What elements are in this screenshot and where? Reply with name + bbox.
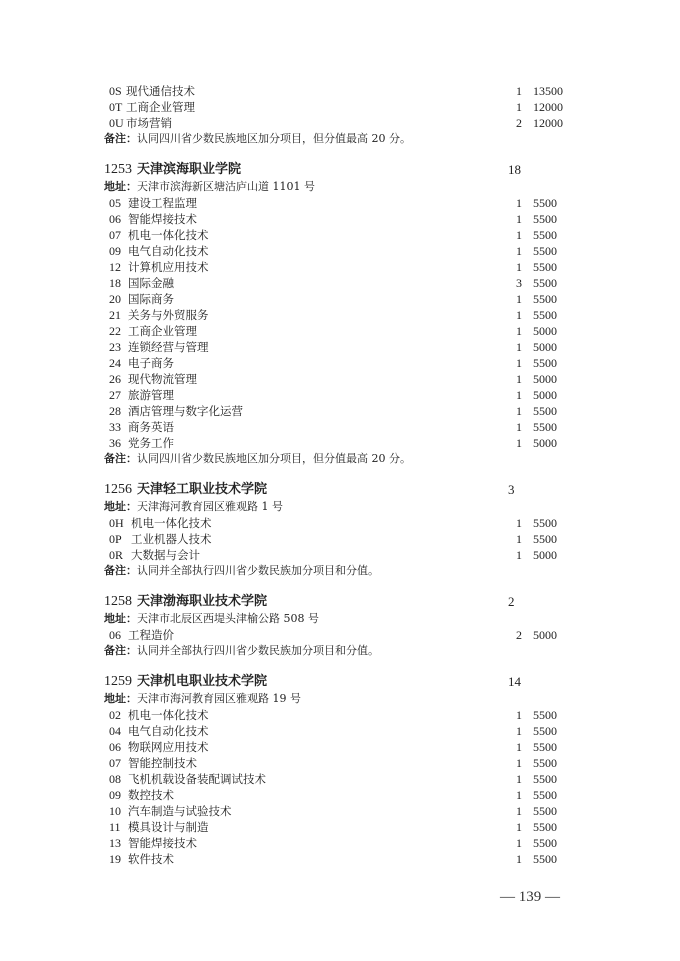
note: 备注：认同并全部执行四川省少数民族加分项目和分值。 [104, 643, 379, 659]
major-fee: 5000 [533, 547, 557, 563]
major-count: 1 [508, 387, 522, 403]
major-count: 1 [508, 515, 522, 531]
address-row: 地址：天津市滨海新区塘沽庐山道 1101 号 [0, 179, 680, 195]
major-name: 飞机机载设备装配调试技术 [128, 771, 266, 787]
major-row: 18国际金融35500 [0, 275, 680, 291]
address: 地址：天津市北辰区西堤头津榆公路 508 号 [104, 611, 319, 627]
school-name: 天津机电职业技术学院 [137, 672, 267, 692]
major-code: 28 [109, 403, 121, 419]
school-header: 1258 天津渤海职业技术学院 2 [0, 592, 680, 612]
note-text: 认同四川省少数民族地区加分项目，但分值最高 20 分。 [137, 452, 411, 465]
note-label: 备注： [104, 452, 137, 465]
major-fee: 5500 [533, 195, 557, 211]
address-text: 天津市滨海新区塘沽庐山道 1101 号 [137, 180, 315, 193]
major-fee: 5500 [533, 755, 557, 771]
major-fee: 5500 [533, 291, 557, 307]
major-row: 26现代物流管理15000 [0, 371, 680, 387]
major-name: 物联网应用技术 [128, 739, 209, 755]
major-count: 1 [508, 291, 522, 307]
address-row: 地址：天津海河教育园区雅观路 1 号 [0, 499, 680, 515]
major-count: 1 [508, 83, 522, 99]
major-fee: 5500 [533, 707, 557, 723]
major-code: 0U [109, 115, 124, 131]
major-code: 36 [109, 435, 121, 451]
note: 备注：认同四川省少数民族地区加分项目，但分值最高 20 分。 [104, 451, 411, 467]
major-name: 汽车制造与试验技术 [128, 803, 232, 819]
major-count: 1 [508, 371, 522, 387]
major-row: 24电子商务15500 [0, 355, 680, 371]
school-header: 1253 天津滨海职业学院 18 [0, 160, 680, 180]
major-name: 关务与外贸服务 [128, 307, 209, 323]
major-fee: 5500 [533, 227, 557, 243]
page-number: — 139 — [500, 889, 560, 906]
note-row: 备注：认同并全部执行四川省少数民族加分项目和分值。 [0, 643, 680, 659]
school-total: 14 [508, 672, 521, 692]
major-name: 机电一体化技术 [128, 227, 209, 243]
major-fee: 5500 [533, 515, 557, 531]
note: 备注：认同四川省少数民族地区加分项目，但分值最高 20 分。 [104, 131, 411, 147]
address-row: 地址：天津市北辰区西堤头津榆公路 508 号 [0, 611, 680, 627]
major-row: 08飞机机载设备装配调试技术15500 [0, 771, 680, 787]
major-row: 22工商企业管理15000 [0, 323, 680, 339]
major-fee: 5500 [533, 819, 557, 835]
major-code: 10 [109, 803, 121, 819]
major-count: 1 [508, 227, 522, 243]
major-code: 23 [109, 339, 121, 355]
major-name: 国际商务 [128, 291, 174, 307]
major-code: 04 [109, 723, 121, 739]
major-row: 13智能焊接技术15500 [0, 835, 680, 851]
note-label: 备注： [104, 644, 137, 657]
major-row: 06物联网应用技术15500 [0, 739, 680, 755]
major-row: 11模具设计与制造15500 [0, 819, 680, 835]
major-row: 09数控技术15500 [0, 787, 680, 803]
major-code: 11 [109, 819, 121, 835]
major-fee: 5500 [533, 835, 557, 851]
major-fee: 5000 [533, 339, 557, 355]
major-count: 1 [508, 99, 522, 115]
major-row: 0P工业机器人技术15500 [0, 531, 680, 547]
major-code: 0P [109, 531, 122, 547]
major-code: 06 [109, 739, 121, 755]
major-name: 数控技术 [128, 787, 174, 803]
major-fee: 5000 [533, 371, 557, 387]
major-code: 19 [109, 851, 121, 867]
major-code: 33 [109, 419, 121, 435]
major-name: 智能控制技术 [128, 755, 197, 771]
major-row: 23连锁经营与管理15000 [0, 339, 680, 355]
major-name: 工商企业管理 [126, 99, 195, 115]
major-count: 1 [508, 707, 522, 723]
major-code: 12 [109, 259, 121, 275]
school-id: 1256 [104, 480, 132, 500]
major-row: 0S 现代通信技术 1 13500 [0, 83, 680, 99]
major-count: 1 [508, 739, 522, 755]
major-name: 市场营销 [126, 115, 172, 131]
major-code: 26 [109, 371, 121, 387]
address-label: 地址： [104, 692, 137, 705]
major-name: 旅游管理 [128, 387, 174, 403]
major-count: 1 [508, 243, 522, 259]
major-code: 09 [109, 787, 121, 803]
school-total: 18 [508, 160, 521, 180]
major-row: 36党务工作15000 [0, 435, 680, 451]
major-row: 12计算机应用技术15500 [0, 259, 680, 275]
major-fee: 5500 [533, 259, 557, 275]
school-id: 1253 [104, 160, 132, 180]
major-code: 05 [109, 195, 121, 211]
address-label: 地址： [104, 612, 137, 625]
major-name: 机电一体化技术 [131, 515, 212, 531]
major-count: 1 [508, 211, 522, 227]
major-row: 33商务英语15500 [0, 419, 680, 435]
major-count: 1 [508, 547, 522, 563]
major-fee: 12000 [533, 99, 563, 115]
major-count: 1 [508, 339, 522, 355]
major-row: 0R大数据与会计15000 [0, 547, 680, 563]
school-id: 1258 [104, 592, 132, 612]
major-count: 1 [508, 531, 522, 547]
major-count: 1 [508, 755, 522, 771]
major-name: 智能焊接技术 [128, 211, 197, 227]
major-row: 20国际商务15500 [0, 291, 680, 307]
note-row: 备注：认同四川省少数民族地区加分项目，但分值最高 20 分。 [0, 451, 680, 467]
major-count: 1 [508, 435, 522, 451]
major-row: 06工程造价25000 [0, 627, 680, 643]
major-row: 04电气自动化技术15500 [0, 723, 680, 739]
major-count: 1 [508, 403, 522, 419]
note: 备注：认同并全部执行四川省少数民族加分项目和分值。 [104, 563, 379, 579]
major-code: 09 [109, 243, 121, 259]
major-fee: 5000 [533, 387, 557, 403]
major-name: 模具设计与制造 [128, 819, 209, 835]
school-total: 2 [508, 592, 515, 612]
major-name: 智能焊接技术 [128, 835, 197, 851]
major-count: 1 [508, 723, 522, 739]
school-name: 天津轻工职业技术学院 [137, 480, 267, 500]
major-name: 现代物流管理 [128, 371, 197, 387]
major-row: 06智能焊接技术15500 [0, 211, 680, 227]
address-label: 地址： [104, 180, 137, 193]
address-row: 地址：天津市海河教育园区雅观路 19 号 [0, 691, 680, 707]
major-fee: 5500 [533, 803, 557, 819]
major-code: 27 [109, 387, 121, 403]
major-fee: 5000 [533, 435, 557, 451]
major-fee: 5500 [533, 723, 557, 739]
address: 地址：天津市滨海新区塘沽庐山道 1101 号 [104, 179, 315, 195]
major-code: 06 [109, 211, 121, 227]
major-fee: 5500 [533, 531, 557, 547]
major-row: 28酒店管理与数字化运营15500 [0, 403, 680, 419]
major-row: 27旅游管理15000 [0, 387, 680, 403]
major-name: 工商企业管理 [128, 323, 197, 339]
major-name: 大数据与会计 [131, 547, 200, 563]
major-row: 0U 市场营销 2 12000 [0, 115, 680, 131]
major-code: 20 [109, 291, 121, 307]
major-fee: 5500 [533, 771, 557, 787]
major-count: 1 [508, 835, 522, 851]
major-fee: 5500 [533, 211, 557, 227]
major-name: 建设工程监理 [128, 195, 197, 211]
major-count: 1 [508, 819, 522, 835]
note-row: 备注：认同并全部执行四川省少数民族加分项目和分值。 [0, 563, 680, 579]
major-name: 电气自动化技术 [128, 723, 209, 739]
major-fee: 13500 [533, 83, 563, 99]
document-page: 0S 现代通信技术 1 13500 0T 工商企业管理 1 12000 0U 市… [0, 0, 680, 961]
school-total: 3 [508, 480, 515, 500]
address: 地址：天津海河教育园区雅观路 1 号 [104, 499, 283, 515]
major-name: 酒店管理与数字化运营 [128, 403, 243, 419]
major-code: 07 [109, 227, 121, 243]
major-code: 21 [109, 307, 121, 323]
school-name: 天津渤海职业技术学院 [137, 592, 267, 612]
note-row: 备注：认同四川省少数民族地区加分项目，但分值最高 20 分。 [0, 131, 680, 147]
school-id: 1259 [104, 672, 132, 692]
major-name: 党务工作 [128, 435, 174, 451]
major-code: 24 [109, 355, 121, 371]
major-name: 现代通信技术 [126, 83, 195, 99]
major-name: 机电一体化技术 [128, 707, 209, 723]
note-text: 认同并全部执行四川省少数民族加分项目和分值。 [137, 564, 379, 577]
major-code: 18 [109, 275, 121, 291]
major-code: 07 [109, 755, 121, 771]
major-fee: 5500 [533, 307, 557, 323]
major-row: 02机电一体化技术15500 [0, 707, 680, 723]
major-code: 0R [109, 547, 123, 563]
major-fee: 5000 [533, 323, 557, 339]
major-count: 1 [508, 323, 522, 339]
school-name: 天津滨海职业学院 [137, 160, 241, 180]
major-row: 07机电一体化技术15500 [0, 227, 680, 243]
major-count: 1 [508, 355, 522, 371]
major-fee: 5500 [533, 355, 557, 371]
major-fee: 12000 [533, 115, 563, 131]
school-header: 1256 天津轻工职业技术学院 3 [0, 480, 680, 500]
major-row: 05建设工程监理15500 [0, 195, 680, 211]
major-count: 1 [508, 771, 522, 787]
major-fee: 5500 [533, 851, 557, 867]
major-count: 3 [508, 275, 522, 291]
major-count: 1 [508, 259, 522, 275]
major-fee: 5500 [533, 787, 557, 803]
major-count: 1 [508, 419, 522, 435]
note-label: 备注： [104, 132, 137, 145]
major-count: 1 [508, 195, 522, 211]
major-name: 电子商务 [128, 355, 174, 371]
major-count: 2 [508, 627, 522, 643]
address: 地址：天津市海河教育园区雅观路 19 号 [104, 691, 301, 707]
major-fee: 5500 [533, 419, 557, 435]
major-code: 0H [109, 515, 124, 531]
major-code: 08 [109, 771, 121, 787]
major-row: 21关务与外贸服务15500 [0, 307, 680, 323]
school-header: 1259 天津机电职业技术学院 14 [0, 672, 680, 692]
major-name: 商务英语 [128, 419, 174, 435]
note-text: 认同并全部执行四川省少数民族加分项目和分值。 [137, 644, 379, 657]
address-text: 天津海河教育园区雅观路 1 号 [137, 500, 283, 513]
major-name: 国际金融 [128, 275, 174, 291]
major-count: 1 [508, 787, 522, 803]
major-code: 13 [109, 835, 121, 851]
major-row: 0T 工商企业管理 1 12000 [0, 99, 680, 115]
major-row: 19软件技术15500 [0, 851, 680, 867]
address-text: 天津市北辰区西堤头津榆公路 508 号 [137, 612, 319, 625]
major-fee: 5500 [533, 275, 557, 291]
major-code: 0S [109, 83, 122, 99]
major-name: 软件技术 [128, 851, 174, 867]
major-name: 电气自动化技术 [128, 243, 209, 259]
major-name: 计算机应用技术 [128, 259, 209, 275]
address-text: 天津市海河教育园区雅观路 19 号 [137, 692, 301, 705]
major-fee: 5500 [533, 739, 557, 755]
major-count: 2 [508, 115, 522, 131]
major-code: 06 [109, 627, 121, 643]
major-fee: 5000 [533, 627, 557, 643]
major-code: 22 [109, 323, 121, 339]
major-count: 1 [508, 803, 522, 819]
address-label: 地址： [104, 500, 137, 513]
major-row: 07智能控制技术15500 [0, 755, 680, 771]
major-row: 10汽车制造与试验技术15500 [0, 803, 680, 819]
note-text: 认同四川省少数民族地区加分项目，但分值最高 20 分。 [137, 132, 411, 145]
major-count: 1 [508, 307, 522, 323]
major-fee: 5500 [533, 403, 557, 419]
major-name: 工业机器人技术 [131, 531, 212, 547]
major-count: 1 [508, 851, 522, 867]
major-code: 0T [109, 99, 122, 115]
major-code: 02 [109, 707, 121, 723]
note-label: 备注： [104, 564, 137, 577]
major-name: 工程造价 [128, 627, 174, 643]
major-fee: 5500 [533, 243, 557, 259]
major-name: 连锁经营与管理 [128, 339, 209, 355]
major-row: 0H机电一体化技术15500 [0, 515, 680, 531]
major-row: 09电气自动化技术15500 [0, 243, 680, 259]
